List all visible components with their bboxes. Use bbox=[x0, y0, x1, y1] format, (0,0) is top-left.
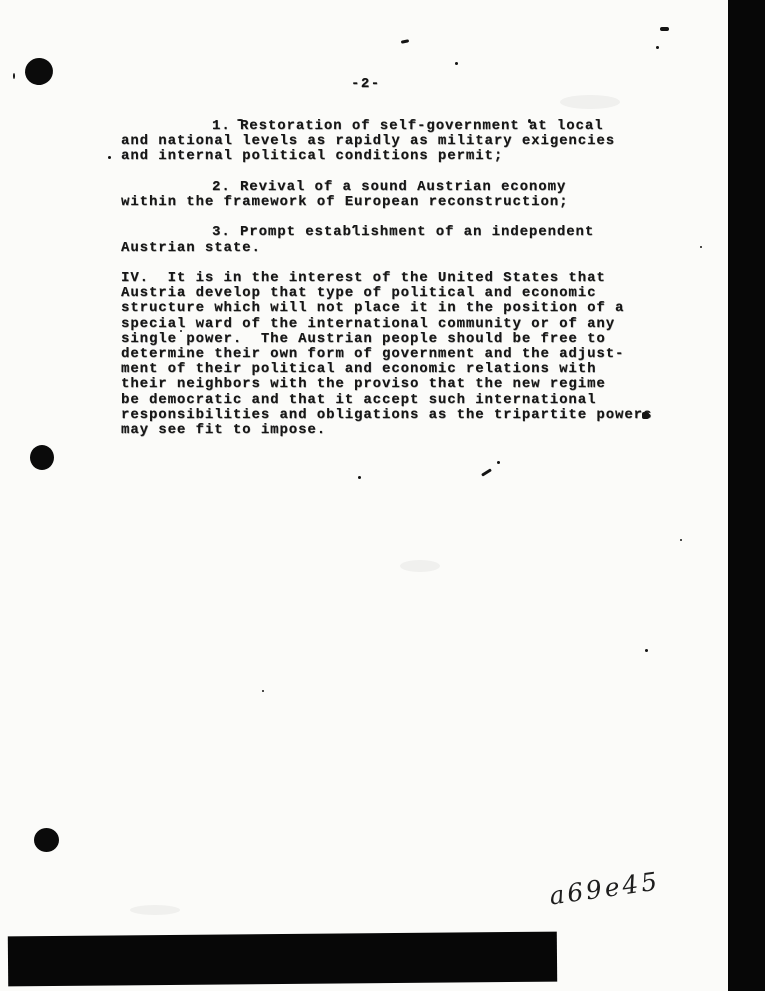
ink-speck bbox=[642, 412, 649, 419]
typed-line: IV. It is in the interest of the United … bbox=[121, 271, 686, 286]
typed-line: special ward of the international commun… bbox=[121, 317, 686, 332]
typed-paragraph-item-2: 2. Revival of a sound Austrian economy w… bbox=[121, 180, 686, 210]
ink-speck bbox=[13, 73, 15, 79]
punch-hole-middle bbox=[30, 445, 54, 470]
typed-line: and internal political conditions permit… bbox=[121, 149, 686, 164]
typed-paragraph-item-3: 3. Prompt establishment of an independen… bbox=[121, 225, 686, 255]
ink-speck bbox=[680, 539, 682, 541]
handwritten-annotation: a69e45 bbox=[548, 866, 662, 910]
ink-speck bbox=[497, 461, 500, 464]
typed-line: structure which will not place it in the… bbox=[121, 301, 686, 316]
ink-speck bbox=[528, 119, 531, 123]
scan-smudge bbox=[400, 560, 440, 572]
typed-line: responsibilities and obligations as the … bbox=[121, 408, 686, 423]
typed-line: 3. Prompt establishment of an independen… bbox=[121, 225, 686, 240]
scan-smudge bbox=[130, 905, 180, 915]
typed-paragraph-item-1: 1. Restoration of self-government at loc… bbox=[121, 119, 686, 165]
typed-line: 1. Restoration of self-government at loc… bbox=[121, 119, 686, 134]
scan-black-bar-right bbox=[728, 0, 765, 991]
scan-black-bar-bottom bbox=[8, 932, 557, 987]
scanned-document: { "doc": { "page_number": "-2-", "paragr… bbox=[0, 0, 765, 991]
ink-speck bbox=[358, 476, 361, 479]
punch-hole-top bbox=[22, 55, 56, 88]
ink-speck bbox=[656, 46, 659, 49]
ink-speck bbox=[401, 39, 409, 44]
ink-speck bbox=[108, 156, 111, 159]
typed-line: be democratic and that it accept such in… bbox=[121, 393, 686, 408]
scan-smudge bbox=[560, 95, 620, 109]
typed-line: Austrian state. bbox=[121, 241, 686, 256]
document-body: 1. Restoration of self-government at loc… bbox=[121, 119, 686, 453]
typed-line: determine their own form of government a… bbox=[121, 347, 686, 362]
typed-line: their neighbors with the proviso that th… bbox=[121, 377, 686, 392]
punch-hole-bottom bbox=[34, 828, 59, 852]
typed-line: may see fit to impose. bbox=[121, 423, 686, 438]
typed-line: within the framework of European reconst… bbox=[121, 195, 686, 210]
ink-speck bbox=[700, 246, 702, 248]
typed-line: single power. The Austrian people should… bbox=[121, 332, 686, 347]
ink-speck bbox=[660, 27, 669, 31]
typed-paragraph-section-iv: IV. It is in the interest of the United … bbox=[121, 271, 686, 438]
ink-speck bbox=[645, 649, 648, 652]
ink-speck bbox=[237, 119, 243, 121]
page-number: -2- bbox=[351, 76, 381, 92]
typed-line: 2. Revival of a sound Austrian economy bbox=[121, 180, 686, 195]
ink-speck bbox=[455, 62, 458, 65]
ink-speck bbox=[481, 468, 492, 476]
ink-speck bbox=[180, 330, 182, 332]
ink-speck bbox=[262, 690, 264, 692]
